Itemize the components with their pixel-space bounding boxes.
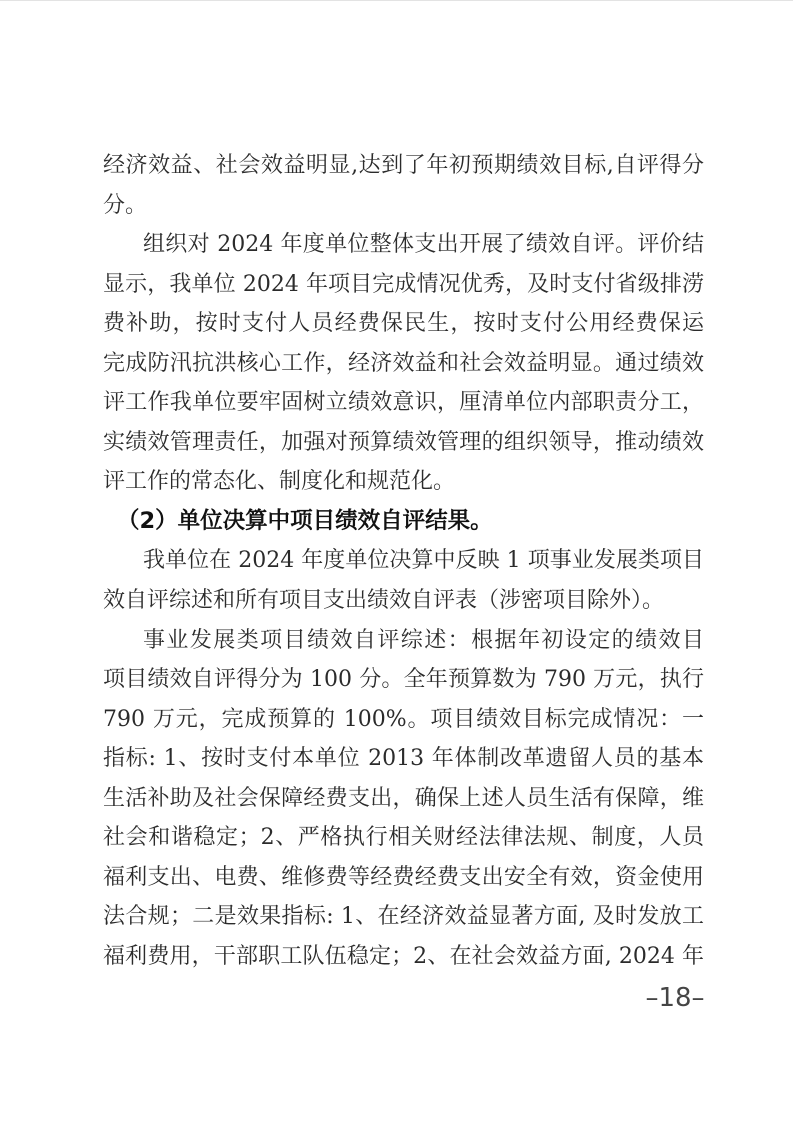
text-line: 社会和谐稳定；2、严格执行相关财经法律法规、制度，人员工资 [103,818,704,858]
text-line: 分。 [103,186,704,226]
text-line: 福利费用，干部职工队伍稳定；2、在社会效益方面, 2024 年度 [103,937,704,977]
text-line: 我单位在 2024 年度单位决算中反映 1 项事业发展类项目绩 [103,541,704,581]
document-body: 经济效益、社会效益明显,达到了年初预期绩效目标,自评得分 100分。组织对 20… [103,146,704,976]
text-line: 法合规；二是效果指标: 1、在经济效益显著方面, 及时发放工资 [103,897,704,937]
text-line: 福利支出、电费、维修费等经费经费支出安全有效，资金使用合 [103,858,704,898]
text-line: 完成防汛抗洪核心工作，经济效益和社会效益明显。通过绩效自 [103,344,704,384]
document-page: 经济效益、社会效益明显,达到了年初预期绩效目标,自评得分 100分。组织对 20… [0,0,793,1122]
text-line: 项目绩效自评得分为 100 分。全年预算数为 790 万元，执行数为 [103,660,704,700]
page-top-edge [0,0,793,1]
text-line: 效自评综述和所有项目支出绩效自评表（涉密项目除外）。 [103,581,704,621]
text-line: 实绩效管理责任，加强对预算绩效管理的组织领导，推动绩效自 [103,423,704,463]
section-heading: （2）单位决算中项目绩效自评结果。 [103,502,704,542]
page-number-label: –18– [645,983,705,1013]
text-line: 显示，我单位 2024 年项目完成情况优秀，及时支付省级排涝电 [103,265,704,305]
text-line: 790 万元，完成预算的 100%。项目绩效目标完成情况：一是产出 [103,700,704,740]
text-line: 生活补助及社会保障经费支出，确保上述人员生活有保障，维护 [103,779,704,819]
text-line: 评工作我单位要牢固树立绩效意识，厘清单位内部职责分工，压 [103,383,704,423]
text-line: 费补助，按时支付人员经费保民生，按时支付公用经费保运转， [103,304,704,344]
text-line: 组织对 2024 年度单位整体支出开展了绩效自评。评价结果 [103,225,704,265]
text-line: 指标: 1、按时支付本单位 2013 年体制改革遗留人员的基本工资、 [103,739,704,779]
text-line: 评工作的常态化、制度化和规范化。 [103,462,704,502]
text-line: 经济效益、社会效益明显,达到了年初预期绩效目标,自评得分 100 [103,146,704,186]
text-line: 事业发展类项目绩效自评综述：根据年初设定的绩效目标， [103,621,704,661]
